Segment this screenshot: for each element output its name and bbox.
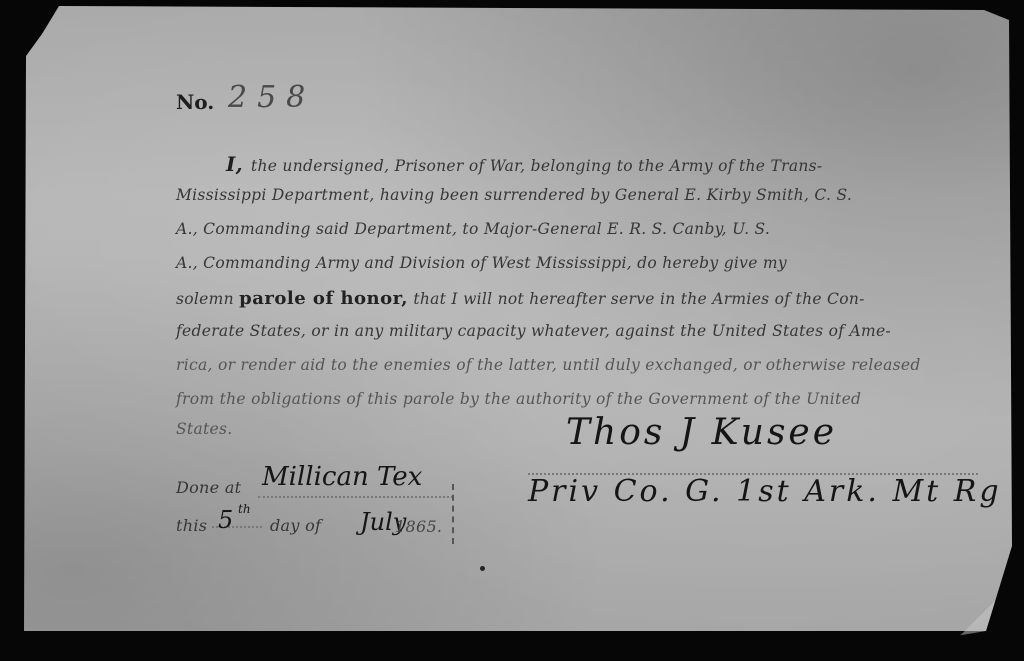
body-line-2: Mississippi Department, having been surr… — [176, 186, 852, 204]
parole-prefix: solemn — [176, 290, 234, 308]
body-line-6: federate States, or in any military capa… — [176, 322, 891, 340]
this-label: this — [176, 516, 207, 535]
body-line-3: A., Commanding said Department, to Major… — [176, 220, 770, 238]
body-line-1-text: the undersigned, Prisoner of War, belong… — [251, 157, 823, 175]
day-suffix: th — [238, 502, 251, 516]
number-value: 258 — [228, 80, 315, 115]
parole-document — [24, 6, 1014, 631]
ink-spot — [480, 566, 485, 571]
body-line-1: I,the undersigned, Prisoner of War, belo… — [176, 152, 822, 176]
body-line-7: rica, or render aid to the enemies of th… — [176, 356, 921, 374]
number-label: No. — [176, 90, 214, 114]
done-at-label: Done at — [176, 478, 241, 497]
place-dotted-line — [258, 496, 453, 498]
signature: Thos J Kusee — [566, 412, 837, 453]
parole-of-honor: parole of honor, — [239, 288, 408, 309]
unit-designation: Priv Co. G. 1st Ark. Mt Rg — [528, 474, 1002, 509]
body-line-8: from the obligations of this parole by t… — [176, 390, 861, 408]
opening-initial: I, — [226, 152, 243, 176]
scan-background: No. 258 I,the undersigned, Prisoner of W… — [0, 0, 1024, 661]
parole-line: solemn parole of honor, that I will not … — [176, 288, 865, 309]
body-line-9: States. — [176, 420, 232, 438]
folded-corner — [954, 566, 1024, 646]
year: 1865. — [395, 517, 442, 536]
parole-suffix: that I will not hereafter serve in the A… — [413, 290, 864, 308]
date-bracket — [452, 484, 454, 544]
done-at-place: Millican Tex — [262, 462, 422, 492]
day-of-label: day of — [270, 516, 321, 535]
day-number: 5 — [218, 506, 233, 534]
body-line-4: A., Commanding Army and Division of West… — [176, 254, 787, 272]
